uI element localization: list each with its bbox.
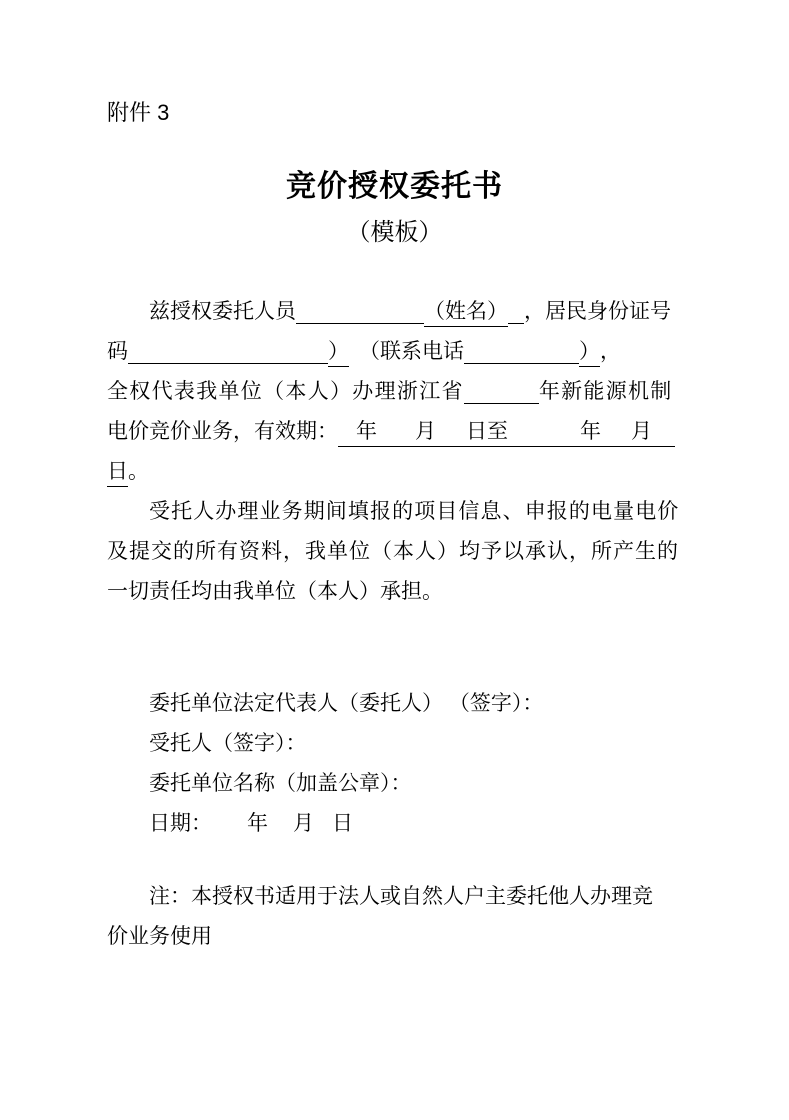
date-month-char: 月 xyxy=(293,812,314,835)
text-segment: ，居民身份证号 xyxy=(524,300,671,323)
text-segment: 月 xyxy=(631,420,652,443)
document-page: 附件 3 竞价授权委托书 （模板） 兹授权委托人员（姓名），居民身份证号 码）（… xyxy=(0,0,789,1120)
signature-line-company: 委托单位名称（加盖公章）： xyxy=(107,764,682,804)
text-line-1: 兹授权委托人员（姓名），居民身份证号 xyxy=(107,292,682,332)
text-segment: 受托人（签字）： xyxy=(149,732,307,755)
text-segment: 日至 xyxy=(466,420,508,443)
text-segment: 年 xyxy=(580,420,601,443)
text-segment: 价业务使用 xyxy=(107,925,212,948)
text-segment: 委托单位名称（加盖公章）： xyxy=(149,772,412,795)
blank-underline-year xyxy=(464,403,539,404)
text-segment: 全权代表我单位（本人）办理浙江省 xyxy=(107,380,464,403)
text-segment: ， xyxy=(600,340,621,363)
text-line-8: 一切责任均由我单位（本人）承担。 xyxy=(107,572,682,612)
signature-line-agent: 受托人（签字）： xyxy=(107,724,682,764)
underlined-name-label: （姓名） xyxy=(424,298,508,327)
blank-underline-phone xyxy=(464,363,579,364)
text-segment: 码 xyxy=(107,340,128,363)
blank-underline-ext xyxy=(508,323,524,324)
underlined-close-paren: ） xyxy=(579,338,600,367)
text-line-5: 日。 xyxy=(107,452,682,492)
paragraph-liability: 受托人办理业务期间填报的项目信息、申报的电量电价 及提交的所有资料，我单位（本人… xyxy=(107,492,682,612)
signature-line-date: 日期：年月日 xyxy=(107,804,682,844)
underlined-validity-period: 年月日至年月 xyxy=(338,418,675,447)
text-segment: 月 xyxy=(415,420,436,443)
text-segment: 兹授权委托人员 xyxy=(149,300,296,323)
underlined-close-paren: ） xyxy=(328,338,349,367)
note-line-1: 注：本授权书适用于法人或自然人户主委托他人办理竞 xyxy=(107,877,682,917)
signature-block: 委托单位法定代表人（委托人） （签字）： 受托人（签字）： 委托单位名称（加盖公… xyxy=(107,684,682,844)
text-segment: （联系电话 xyxy=(359,340,464,363)
text-segment: 一切责任均由我单位（本人）承担。 xyxy=(107,580,443,603)
date-day-char: 日 xyxy=(332,812,353,835)
note-line-2: 价业务使用 xyxy=(107,917,682,957)
page-subtitle: （模板） xyxy=(107,215,682,251)
underlined-day-char: 日 xyxy=(107,458,128,487)
date-year-char: 年 xyxy=(247,812,268,835)
text-line-4: 电价竞价业务，有效期：年月日至年月 xyxy=(107,412,682,452)
text-segment: 。 xyxy=(128,460,149,483)
text-line-7: 及提交的所有资料，我单位（本人）均予以承认，所产生的 xyxy=(107,532,682,572)
text-segment: 注：本授权书适用于法人或自然人户主委托他人办理竞 xyxy=(149,885,653,908)
blank-underline-id-number xyxy=(128,363,328,364)
text-line-3: 全权代表我单位（本人）办理浙江省年新能源机制 xyxy=(107,372,682,412)
attachment-label: 附件 3 xyxy=(107,101,682,125)
page-title: 竞价授权委托书 xyxy=(107,165,682,209)
text-line-6: 受托人办理业务期间填报的项目信息、申报的电量电价 xyxy=(107,492,682,532)
note-block: 注：本授权书适用于法人或自然人户主委托他人办理竞 价业务使用 xyxy=(107,877,682,957)
text-segment: 受托人办理业务期间填报的项目信息、申报的电量电价 xyxy=(149,500,679,523)
text-segment: 及提交的所有资料，我单位（本人）均予以承认，所产生的 xyxy=(107,540,679,563)
paragraph-authorization: 兹授权委托人员（姓名），居民身份证号 码）（联系电话）， 全权代表我单位（本人）… xyxy=(107,292,682,492)
text-segment: 委托单位法定代表人（委托人） （签字）： xyxy=(149,692,543,715)
blank-underline-name xyxy=(296,323,424,324)
signature-line-principal: 委托单位法定代表人（委托人） （签字）： xyxy=(107,684,682,724)
text-segment: 年新能源机制 xyxy=(539,380,673,403)
text-segment: 年 xyxy=(356,420,377,443)
text-line-2: 码）（联系电话）， xyxy=(107,332,682,372)
text-segment: 电价竞价业务，有效期： xyxy=(107,420,338,443)
date-label: 日期： xyxy=(149,812,212,835)
